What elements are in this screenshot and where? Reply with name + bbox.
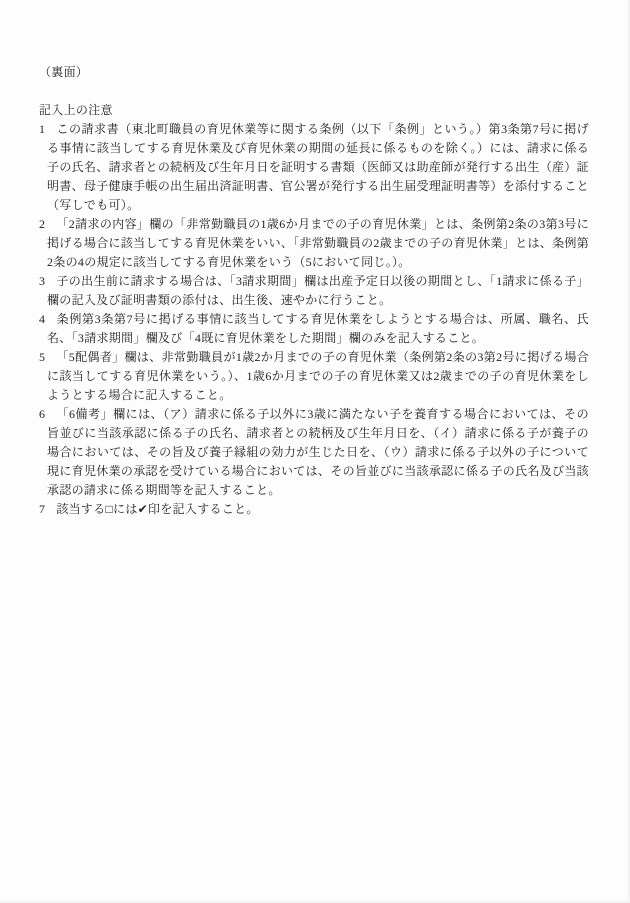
note-item-3: 3子の出生前に請求する場合は、「3請求期間」欄は出産予定日以後の期間とし、「1請… [39,272,589,310]
back-side-label: （裏面） [39,63,589,82]
note-item-number: 5 [39,350,45,364]
notes-list: 1この請求書（東北町職員の育児休業等に関する条例（以下「条例」という。）第3条第… [39,120,589,519]
note-item-number: 7 [39,502,45,516]
notes-heading: 記入上の注意 [39,101,589,120]
note-item-text: 条例第3条第7号に掲げる事情に該当してする育児休業をしようとする場合は、所属、職… [47,312,589,345]
note-item-number: 6 [39,407,45,421]
document-content: （裏面） 記入上の注意 1この請求書（東北町職員の育児休業等に関する条例（以下「… [39,63,589,519]
note-item-2: 2「2請求の内容」欄の「非常勤職員の1歳6か月までの子の育児休業」とは、条例第2… [39,215,589,272]
note-item-number: 1 [39,122,45,136]
note-item-number: 2 [39,217,45,231]
note-item-5: 5「5配偶者」欄は、非常勤職員が1歳2か月までの子の育児休業（条例第2条の3第2… [39,348,589,405]
note-item-text: 「6備考」欄には、（ア）請求に係る子以外に3歳に満たない子を養育する場合において… [47,407,589,497]
note-item-text: 「2請求の内容」欄の「非常勤職員の1歳6か月までの子の育児休業」とは、条例第2条… [47,217,589,269]
note-item-number: 4 [39,312,45,326]
note-item-4: 4条例第3条第7号に掲げる事情に該当してする育児休業をしようとする場合は、所属、… [39,310,589,348]
note-item-text: 該当する□には✔印を記入すること。 [56,502,258,516]
note-item-7: 7該当する□には✔印を記入すること。 [39,500,589,519]
note-item-text: 子の出生前に請求する場合は、「3請求期間」欄は出産予定日以後の期間とし、「1請求… [47,274,589,307]
note-item-number: 3 [39,274,45,288]
note-item-6: 6「6備考」欄には、（ア）請求に係る子以外に3歳に満たない子を養育する場合におい… [39,405,589,500]
note-item-1: 1この請求書（東北町職員の育児休業等に関する条例（以下「条例」という。）第3条第… [39,120,589,215]
note-item-text: 「5配偶者」欄は、非常勤職員が1歳2か月までの子の育児休業（条例第2条の3第2号… [47,350,589,402]
note-item-text: この請求書（東北町職員の育児休業等に関する条例（以下「条例」という。）第3条第7… [47,122,589,212]
document-page: （裏面） 記入上の注意 1この請求書（東北町職員の育児休業等に関する条例（以下「… [0,0,630,903]
